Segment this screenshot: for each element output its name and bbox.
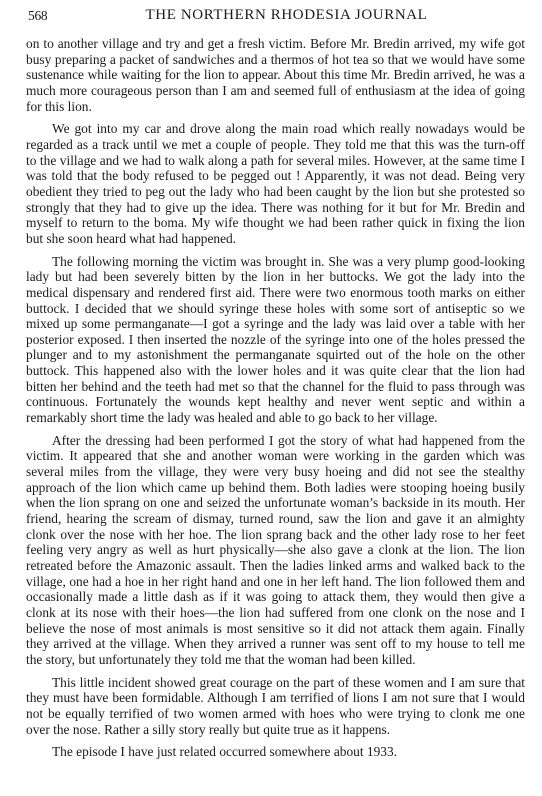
paragraph-date: The episode I have just related occurred… [26,744,525,760]
paragraph-car-journey: We got into my car and drove along the m… [26,121,525,246]
journal-title: THE NORTHERN RHODESIA JOURNAL [28,7,525,24]
paragraph-victim-story: After the dressing had been performed I … [26,433,525,668]
article-body: on to another village and try and get a … [26,36,525,767]
paragraph-continued: on to another village and try and get a … [26,36,525,114]
paragraph-courage: This little incident showed great courag… [26,675,525,738]
page-header: 568 THE NORTHERN RHODESIA JOURNAL [28,6,525,26]
journal-page: 568 THE NORTHERN RHODESIA JOURNAL on to … [0,0,542,796]
paragraph-victim-treatment: The following morning the victim was bro… [26,254,525,426]
